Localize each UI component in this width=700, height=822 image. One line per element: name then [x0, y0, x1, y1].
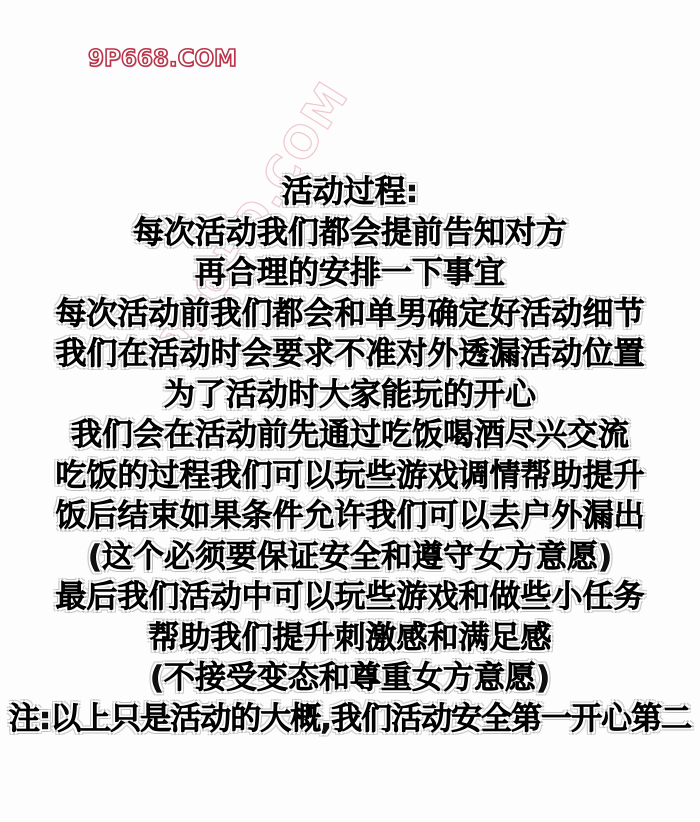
note-line: 注:以上只是活动的大概,我们活动安全第一开心第二 — [0, 699, 700, 740]
text-line: 吃饭的过程我们可以玩些游戏调情帮助提升 — [0, 456, 700, 497]
activity-process-text: 活动过程: 每次活动我们都会提前告知对方 再合理的安排一下事宜 每次活动前我们都… — [0, 172, 700, 739]
text-line: 帮助我们提升刺激感和满足感 — [0, 618, 700, 659]
site-logo-watermark: 9P668.COM — [88, 44, 237, 74]
text-line: 为了活动时大家能玩的开心 — [0, 375, 700, 416]
text-line: 我们在活动时会要求不准对外透漏活动位置 — [0, 334, 700, 375]
text-line: 最后我们活动中可以玩些游戏和做些小任务 — [0, 577, 700, 618]
text-line: (不接受变态和尊重女方意愿) — [0, 658, 700, 699]
text-line: 饭后结束如果条件允许我们可以去户外漏出 — [0, 496, 700, 537]
text-line: 再合理的安排一下事宜 — [0, 253, 700, 294]
text-line: 我们会在活动前先通过吃饭喝酒尽兴交流 — [0, 415, 700, 456]
title-line: 活动过程: — [0, 172, 700, 213]
text-line: (这个必须要保证安全和遵守女方意愿) — [0, 537, 700, 578]
text-line: 每次活动我们都会提前告知对方 — [0, 213, 700, 254]
text-line: 每次活动前我们都会和单男确定好活动细节 — [0, 294, 700, 335]
